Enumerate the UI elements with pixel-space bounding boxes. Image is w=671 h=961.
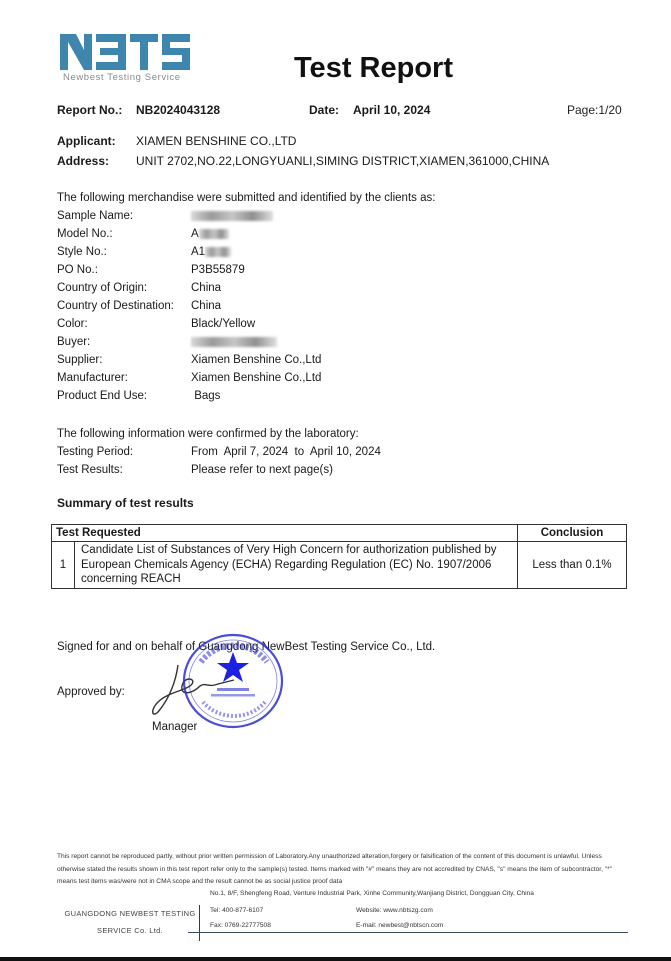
row-test-description: Candidate List of Substances of Very Hig… (75, 542, 518, 589)
footer-company: GUANGDONG NEWBEST TESTING SERVICE Co. Lt… (60, 905, 200, 939)
footer-divider-vertical (199, 905, 200, 941)
address-label: Address: (57, 154, 109, 168)
applicant-value: XIAMEN BENSHINE CO.,LTD (136, 134, 296, 148)
nbts-logo (60, 32, 190, 74)
field-label: Color: (57, 318, 88, 330)
field-label: Sample Name: (57, 210, 133, 222)
report-no: NB2024043128 (136, 103, 220, 117)
test-results-value: Please refer to next page(s) (191, 464, 333, 476)
field-label: Model No.: (57, 228, 113, 240)
field-value (191, 210, 273, 222)
footer-website: Website: www.nbtszg.com (356, 907, 433, 914)
field-value: Xiamen Benshine Co.,Ltd (191, 372, 321, 384)
field-value: A1 (191, 246, 231, 258)
field-value: P3B55879 (191, 264, 245, 276)
field-value (191, 336, 277, 348)
testing-period-value: From April 7, 2024 to April 10, 2024 (191, 446, 381, 458)
footer-email: E-mail: newbest@nbtscn.com (356, 922, 443, 929)
page-indicator: Page:1/20 (567, 103, 622, 117)
applicant-label: Applicant: (57, 134, 116, 148)
summary-table: Test Requested Conclusion 1 Candidate Li… (51, 524, 627, 589)
field-value: A (191, 228, 229, 240)
field-value: Xiamen Benshine Co.,Ltd (191, 354, 321, 366)
address-value: UNIT 2702,NO.22,LONGYUANLI,SIMING DISTRI… (136, 154, 549, 168)
field-value: China (191, 300, 221, 312)
test-results-label: Test Results: (57, 464, 123, 476)
field-label: Country of Destination: (57, 300, 174, 312)
testing-period-label: Testing Period: (57, 446, 133, 458)
field-value: Black/Yellow (191, 318, 255, 330)
footer-tel: Tel: 400-877-6107 (210, 907, 263, 914)
field-label: PO No.: (57, 264, 98, 276)
footer-divider-horizontal (188, 932, 628, 933)
logo-subtitle: Newbest Testing Service (63, 72, 181, 83)
field-label: Style No.: (57, 246, 107, 258)
row-conclusion: Less than 0.1% (518, 542, 627, 589)
redacted-value (191, 337, 277, 347)
date-label: Date: (309, 103, 339, 117)
report-date: April 10, 2024 (353, 103, 430, 117)
row-number: 1 (52, 542, 75, 589)
lab-intro: The following information were confirmed… (57, 428, 359, 440)
redacted-value (191, 211, 273, 221)
header-test-requested: Test Requested (52, 525, 518, 542)
field-label: Country of Origin: (57, 282, 147, 294)
redacted-value (205, 247, 231, 257)
footer-fax: Fax: 0769-22777508 (210, 922, 271, 929)
field-label: Product End Use: (57, 390, 147, 402)
merchandise-intro: The following merchandise were submitted… (57, 192, 435, 204)
header-conclusion: Conclusion (518, 525, 627, 542)
field-value: Bags (191, 390, 220, 402)
report-no-label: Report No.: (57, 103, 122, 117)
field-label: Supplier: (57, 354, 102, 366)
field-value: China (191, 282, 221, 294)
footer-address: No.1, 8/F, Shengfeng Road, Venture Indus… (210, 890, 534, 897)
field-label: Buyer: (57, 336, 90, 348)
redacted-value (199, 229, 229, 239)
summary-header-row: Test Requested Conclusion (52, 525, 627, 542)
approved-by-label: Approved by: (57, 686, 125, 698)
company-stamp-icon (181, 632, 285, 730)
field-label: Manufacturer: (57, 372, 128, 384)
disclaimer-text: This report cannot be reproduced partly,… (57, 851, 627, 889)
footer-company-line2: SERVICE Co. Ltd. (60, 922, 200, 939)
table-row: 1 Candidate List of Substances of Very H… (52, 542, 627, 589)
footer-company-line1: GUANGDONG NEWBEST TESTING (60, 905, 200, 922)
document-title: Test Report (294, 52, 453, 85)
page-bottom-edge (0, 957, 671, 961)
summary-title: Summary of test results (57, 496, 194, 510)
